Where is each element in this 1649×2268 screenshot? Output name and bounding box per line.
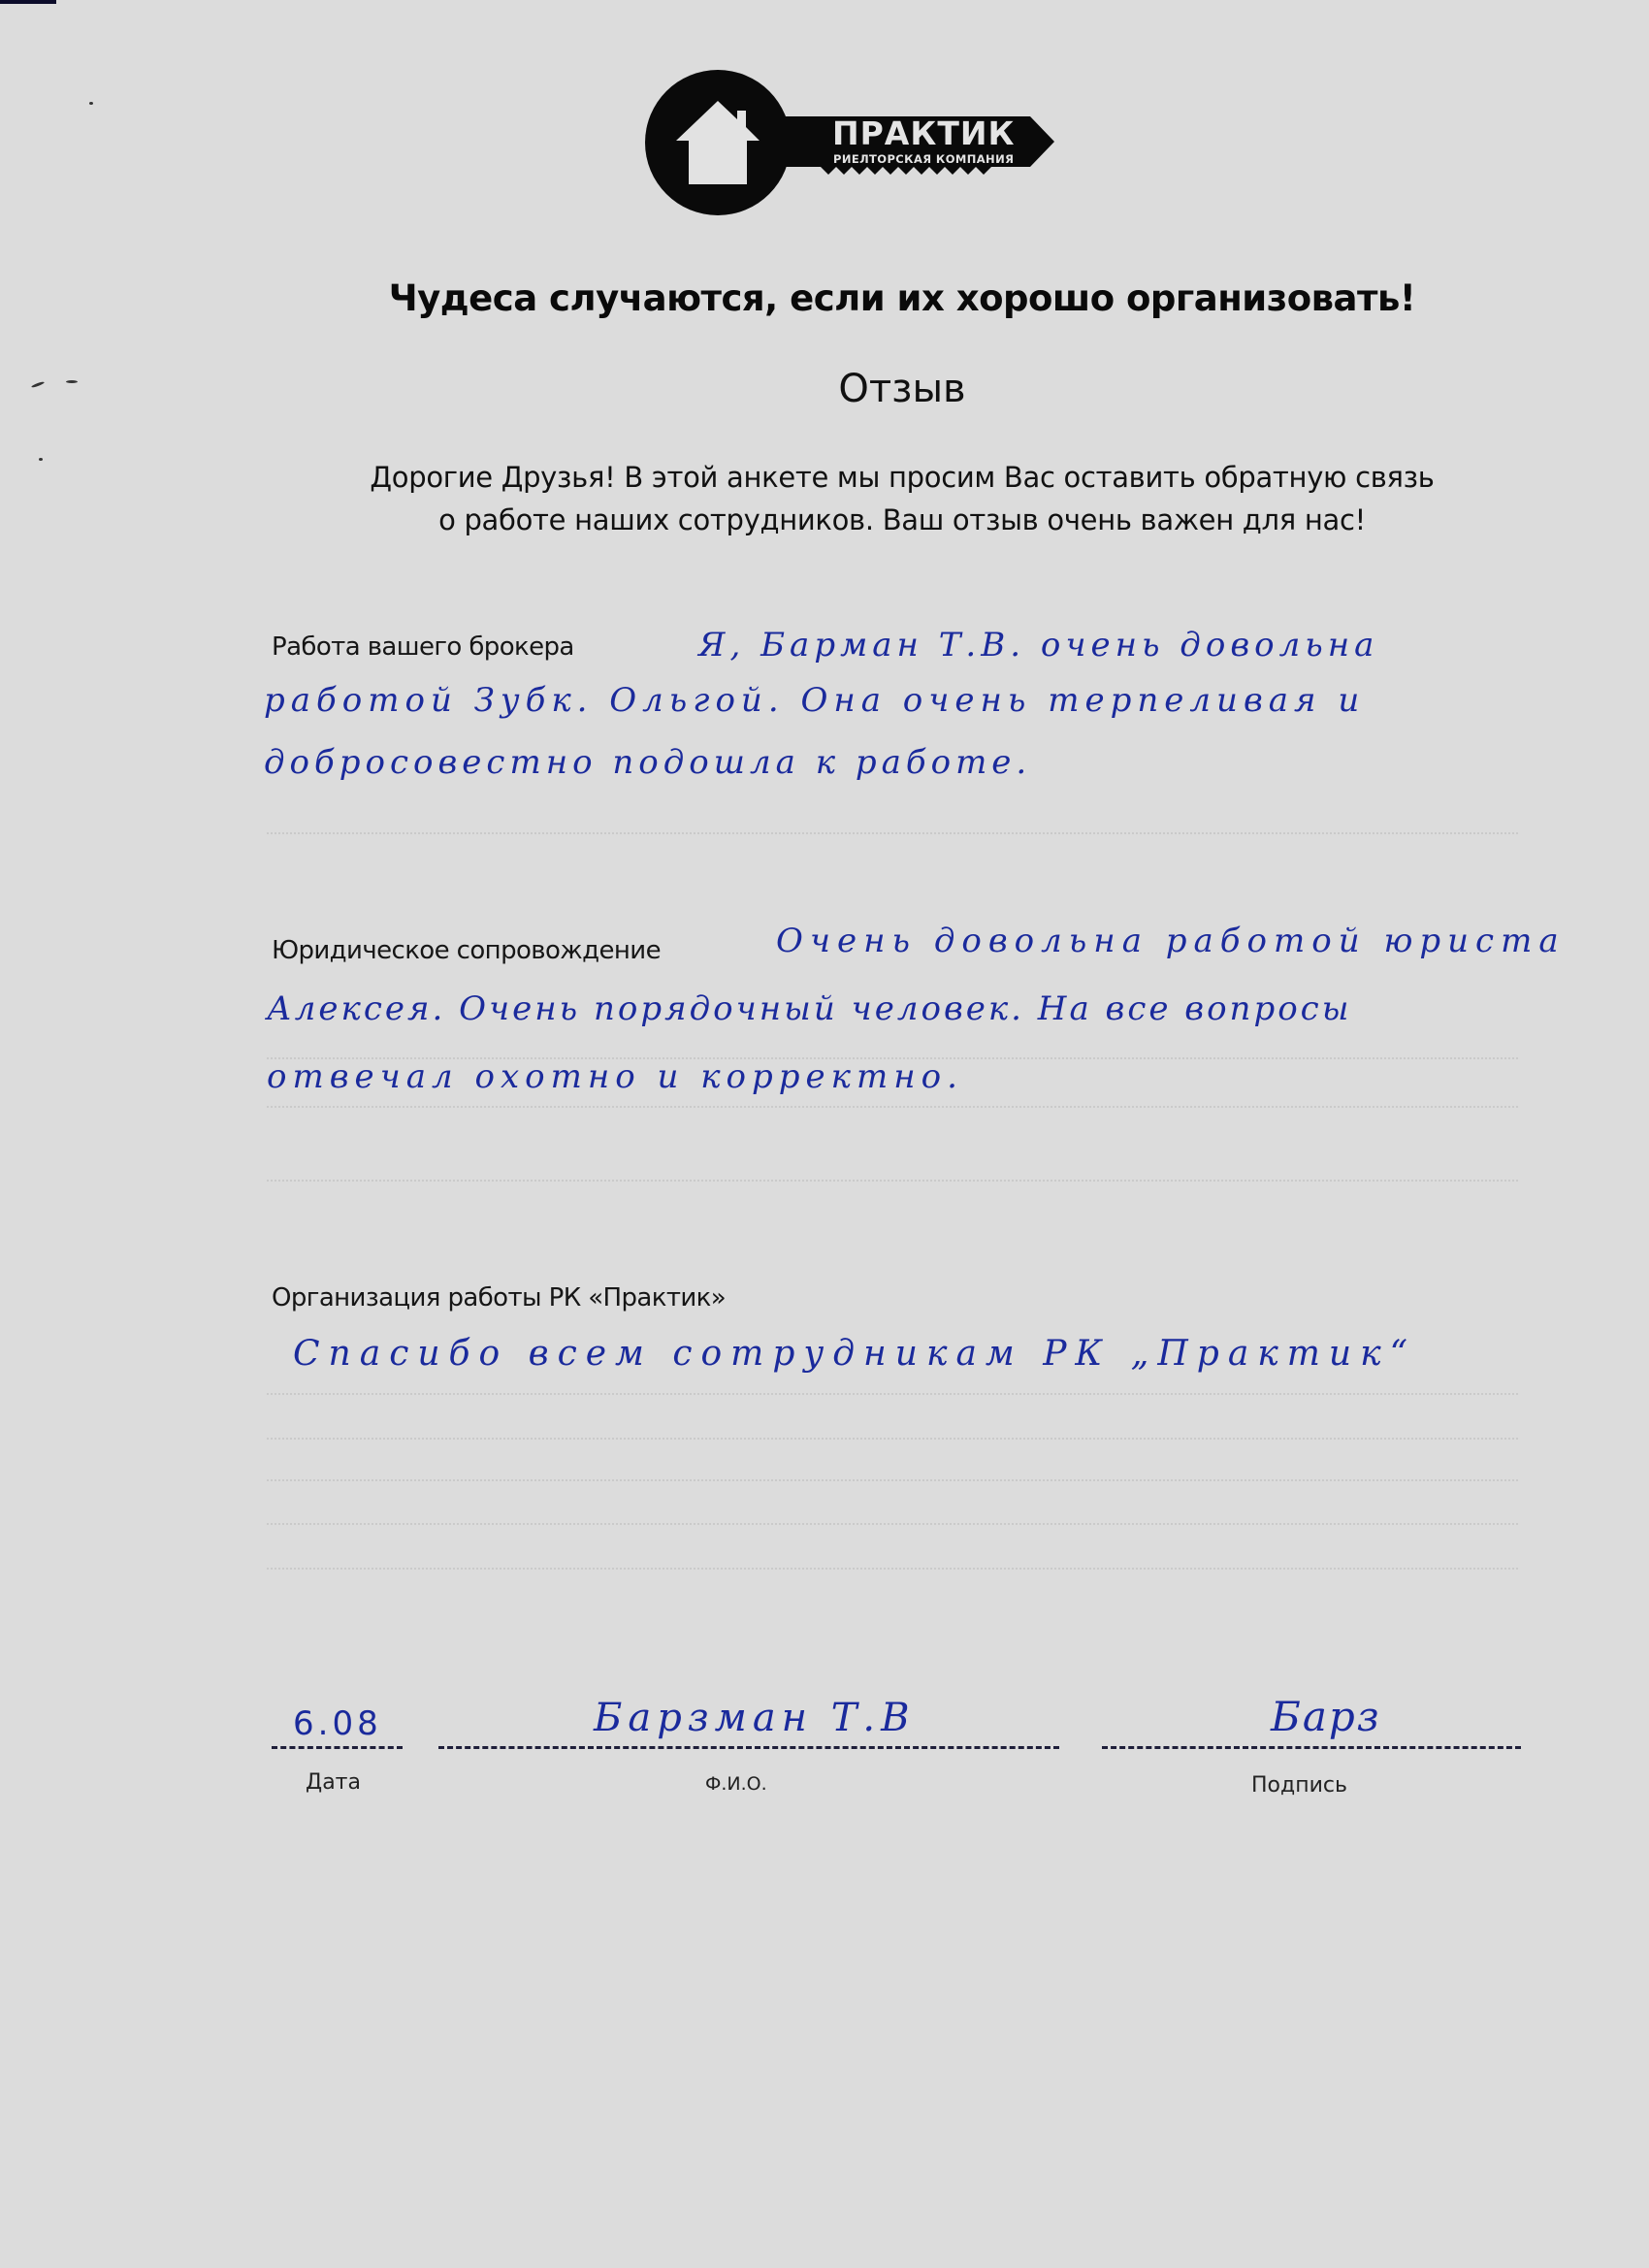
scan-speck	[39, 458, 43, 461]
legal-answer-line[interactable]: Очень довольна работой юриста	[776, 922, 1566, 960]
date-value[interactable]: 6.08	[293, 1704, 382, 1743]
broker-answer-line[interactable]: работой Зубк. Ольгой. Она очень терпелив…	[264, 681, 1365, 720]
name-field-line	[438, 1746, 1059, 1749]
legal-answer-line[interactable]: Алексея. Очень порядочный человек. На вс…	[267, 989, 1351, 1028]
answer-guide-line	[267, 1438, 1518, 1440]
company-logo: ПРАКТИК РИЕЛТОРСКАЯ КОМПАНИЯ	[642, 70, 1059, 215]
answer-guide-line	[267, 1180, 1518, 1182]
intro-text: Дорогие Друзья! В этой анкете мы просим …	[233, 456, 1571, 541]
date-field-line	[272, 1746, 403, 1749]
legal-answer-line[interactable]: отвечал охотно и корректно.	[267, 1057, 963, 1096]
answer-guide-line	[267, 1479, 1518, 1481]
scan-speck	[89, 102, 93, 105]
logo-subtitle: РИЕЛТОРСКАЯ КОМПАНИЯ	[833, 154, 1014, 166]
answer-guide-line	[267, 1393, 1518, 1395]
broker-answer-line[interactable]: добросовестно подошла к работе.	[264, 743, 1031, 782]
section-label-broker: Работа вашего брокера	[272, 632, 574, 662]
form-title: Отзыв	[0, 367, 1649, 411]
answer-guide-line	[267, 832, 1518, 834]
section-label-organization: Организация работы РК «Практик»	[272, 1283, 726, 1312]
name-caption: Ф.И.О.	[705, 1773, 767, 1795]
broker-answer-line[interactable]: Я, Барман Т.В. очень довольна	[698, 626, 1378, 664]
answer-guide-line	[267, 1057, 1518, 1059]
answer-guide-line	[267, 1106, 1518, 1108]
logo-name: ПРАКТИК	[832, 117, 1015, 149]
section-label-legal: Юридическое сопровождение	[272, 936, 661, 965]
answer-guide-line	[267, 1568, 1518, 1570]
answer-guide-line	[267, 1523, 1518, 1525]
organization-answer-line[interactable]: Спасибо всем сотрудникам РК „Практик“	[293, 1334, 1416, 1374]
intro-line: Дорогие Друзья! В этой анкете мы просим …	[233, 456, 1571, 499]
scan-edge-mark	[0, 0, 56, 4]
name-value[interactable]: Барзман Т.В	[594, 1696, 916, 1740]
signature-field-line	[1102, 1746, 1521, 1749]
intro-line: о работе наших сотрудников. Ваш отзыв оч…	[233, 499, 1571, 541]
signature-caption: Подпись	[1251, 1773, 1347, 1798]
date-caption: Дата	[306, 1770, 361, 1795]
slogan: Чудеса случаются, если их хорошо организ…	[0, 277, 1649, 319]
signature-value[interactable]: Барз	[1271, 1693, 1381, 1740]
